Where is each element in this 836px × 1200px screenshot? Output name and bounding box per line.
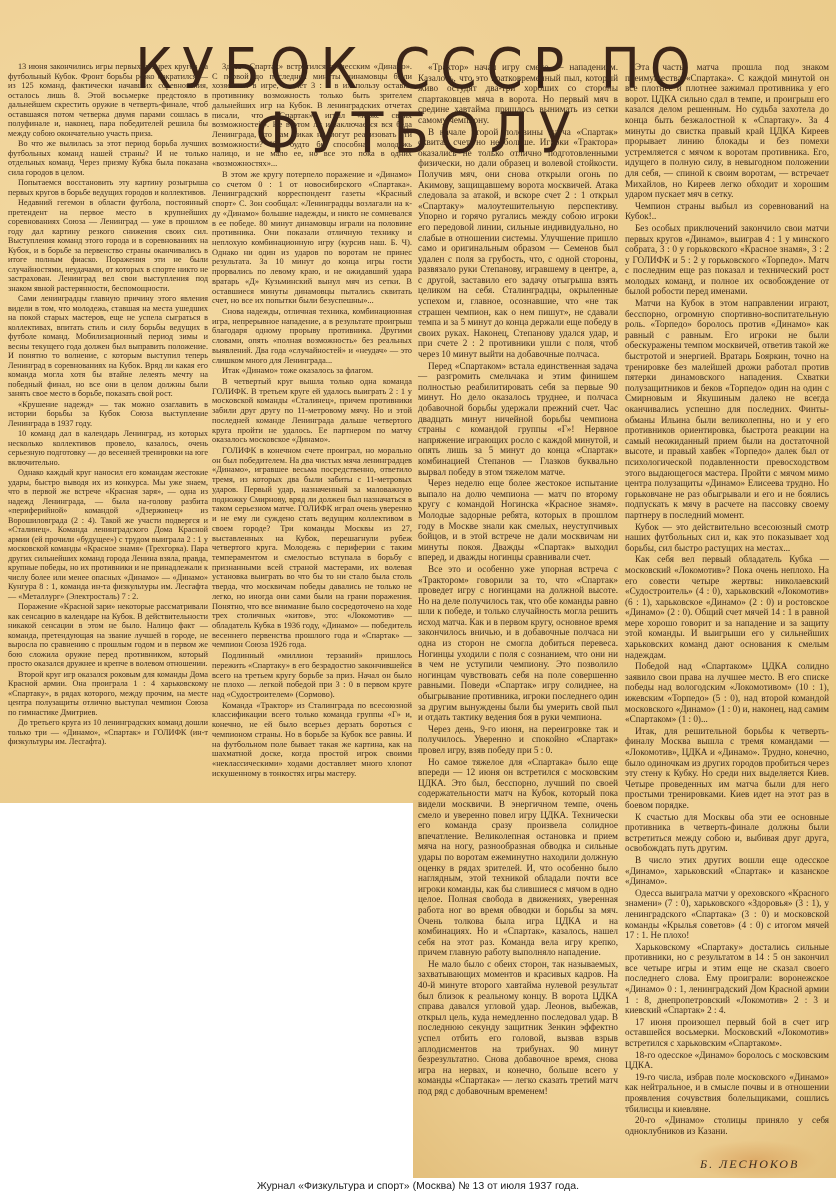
source-caption: Журнал «Физкультура и спорт» (Москва) № … <box>0 1180 836 1192</box>
article-paragraph: 10 команд дал в календарь Ленинград, из … <box>8 429 208 467</box>
article-paragraph: Без особых приключений закончило свои ма… <box>625 223 829 297</box>
article-paragraph: Через неделю еще более жестокое испытани… <box>418 478 618 563</box>
article-paragraph: «Трактор» начал игру смело — нападением.… <box>418 62 618 126</box>
article-paragraph: Харьковскому «Спартаку» достались сильны… <box>625 942 829 1016</box>
article-paragraph: 20-го «Динамо» столицы приняло у себя од… <box>625 1115 829 1136</box>
article-paragraph: Кубок — это действительно всесоюзный смо… <box>625 522 829 554</box>
article-paragraph: ГОЛИФК в конечном счете проиграл, но мор… <box>212 446 412 650</box>
article-paragraph: Недавний гегемон в области футбола, пост… <box>8 198 208 293</box>
article-paragraph: Не мало было с обеих сторон, так называе… <box>418 959 618 1097</box>
article-paragraph: Матчи на Кубок в этом направлении играют… <box>625 298 829 520</box>
article-paragraph: Попытаемся восстановить эту картину розы… <box>8 178 208 197</box>
article-paragraph: Чемпион страны выбыл из соревнований на … <box>625 201 829 222</box>
article-paragraph: Снова надежды, отличная техника, комбина… <box>212 307 412 365</box>
article-paragraph: Но самое тяжелое для «Спартака» было еще… <box>418 757 618 958</box>
article-paragraph: Победой над «Спартаком» ЦДКА солидно зая… <box>625 661 829 725</box>
article-paragraph: «Крушение надежд» — так можно озаглавить… <box>8 400 208 429</box>
article-paragraph: Перед «Спартаком» встала единственная за… <box>418 361 618 478</box>
article-paragraph: Поражение «Красной зари» некоторые рассм… <box>8 602 208 669</box>
author-signature: Б. ЛЕСНОКОВ <box>700 1157 799 1172</box>
article-paragraph: Второй круг игр оказался роковым для ком… <box>8 670 208 718</box>
article-paragraph: Через день, 9-го июня, на переигровке та… <box>418 724 618 756</box>
article-paragraph: Сами ленинградцы главную причину этого я… <box>8 294 208 399</box>
column-1: 13 июня закончились игры первых четырех … <box>8 62 208 748</box>
article-paragraph: Итак «Динамо» тоже оказалось за флагом. <box>212 366 412 376</box>
article-paragraph: 19-го числа, избрав поле московского «Ди… <box>625 1072 829 1114</box>
column-4: Эта часть матча прошла под знаком преиму… <box>625 62 829 1137</box>
article-paragraph: Эта часть матча прошла под знаком преиму… <box>625 62 829 200</box>
article-paragraph: Все это и особенно уже упорная встреча с… <box>418 564 618 723</box>
article-paragraph: Итак, для решительной борьбы к четверть-… <box>625 726 829 811</box>
column-3: «Трактор» начал игру смело — нападением.… <box>418 62 618 1098</box>
article-paragraph: Как себя вел первый обладатель Кубка — м… <box>625 554 829 660</box>
article-paragraph: Здесь «Спартак» встретился с одесским «Д… <box>212 62 412 169</box>
article-paragraph: К счастью для Москвы оба эти ее основные… <box>625 812 829 854</box>
article-paragraph: Одесса выиграла матчи у ореховского «Кра… <box>625 888 829 941</box>
article-paragraph: Во что же вылилась за этот период борьба… <box>8 139 208 177</box>
article-paragraph: В четвертый круг вышла только одна коман… <box>212 377 412 445</box>
article-paragraph: 18-го одесское «Динамо» боролось с моско… <box>625 1050 829 1071</box>
article-paragraph: 13 июня закончились игры первых четырех … <box>8 62 208 138</box>
article-paragraph: До третьего круга из 10 ленинградских ко… <box>8 718 208 747</box>
article-paragraph: В начале второй половины матча «Спартак»… <box>418 127 618 360</box>
article-paragraph: Команда «Трактор» из Сталинграда по всес… <box>212 701 412 779</box>
article-paragraph: Подлинный «миллион терзаний» пришлось пе… <box>212 651 412 700</box>
article-paragraph: 17 июня произошел первый бой в счет игр … <box>625 1017 829 1049</box>
article-paragraph: Однако каждый круг наносил его командам … <box>8 468 208 601</box>
article-paragraph: В число этих других вошли еще одесское «… <box>625 855 829 887</box>
article-paragraph: В этом же кругу потерпело поражение и «Д… <box>212 170 412 306</box>
column-2: Здесь «Спартак» встретился с одесским «Д… <box>212 62 412 779</box>
